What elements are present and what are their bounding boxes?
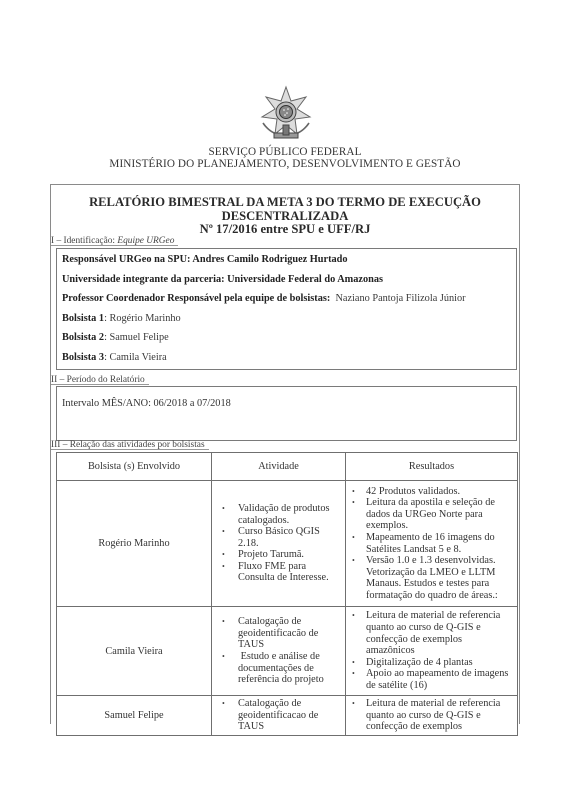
activity-cell: Catalogação de geoidentificacão de TAUS …: [212, 607, 346, 696]
results-list: Leitura de material de referencia quanto…: [346, 698, 513, 733]
header-ministry-name: MINISTÉRIO DO PLANEJAMENTO, DESENVOLVIME…: [0, 158, 570, 170]
scholar-2-value: : Samuel Felipe: [104, 332, 169, 343]
scholar-3: Bolsista 3: Camila Vieira: [62, 351, 516, 371]
scholar-name: Samuel Felipe: [57, 696, 212, 736]
section-period-label: II – Período do Relatório: [51, 375, 145, 385]
list-item: 42 Produtos validados.: [346, 486, 513, 498]
column-header-scholar: Bolsista (s) Envolvido: [57, 453, 212, 481]
coordinator: Professor Coordenador Responsável pela e…: [62, 292, 516, 312]
partner-university: Universidade integrante da parceria: Uni…: [62, 273, 516, 293]
period-box: Intervalo MÊS/ANO: 06/2018 a 07/2018: [56, 386, 517, 441]
section-activities-label: III – Relação das atividades por bolsist…: [51, 440, 205, 450]
section-identification-label: I – Identificação: Equipe URGeo: [51, 236, 174, 246]
title-line-2: DESCENTRALIZADA: [50, 210, 520, 224]
responsible-spu-label: Responsável URGeo na SPU: Andres Camilo …: [62, 254, 348, 265]
activities-table: Bolsista (s) Envolvido Atividade Resulta…: [56, 452, 518, 736]
title-line-3: Nº 17/2016 entre SPU e UFF/RJ: [50, 223, 520, 237]
activity-list: Validação de produtos catalogados. Curso…: [212, 503, 341, 584]
table-row: Samuel Felipe Catalogação de geoidentifi…: [57, 696, 518, 736]
list-item: Fluxo FME para Consulta de Interesse.: [212, 561, 341, 584]
list-item: Leitura de material de referencia quanto…: [346, 698, 513, 733]
coordinator-value: Naziano Pantoja Filizola Júnior: [330, 293, 465, 304]
results-list: 42 Produtos validados. Leitura da aposti…: [346, 486, 513, 602]
title-line-1: RELATÓRIO BIMESTRAL DA META 3 DO TERMO D…: [50, 196, 520, 210]
scholar-3-label: Bolsista 3: [62, 352, 104, 363]
table-row: Rogério Marinho Validação de produtos ca…: [57, 481, 518, 607]
column-header-results: Resultados: [346, 453, 518, 481]
list-item: Apoio ao mapeamento de imagens de satéli…: [346, 668, 513, 691]
scholar-2: Bolsista 2: Samuel Felipe: [62, 331, 516, 351]
results-cell: Leitura de material de referencia quanto…: [346, 696, 518, 736]
list-item: Validação de produtos catalogados.: [212, 503, 341, 526]
scholar-3-value: : Camila Vieira: [104, 352, 167, 363]
scholar-1-label: Bolsista 1: [62, 313, 104, 324]
brazil-coat-of-arms-icon: [255, 83, 317, 145]
scholar-1-value: : Rogério Marinho: [104, 313, 181, 324]
coordinator-label: Professor Coordenador Responsável pela e…: [62, 293, 330, 304]
scholar-name: Rogério Marinho: [57, 481, 212, 607]
list-item: Curso Básico QGIS 2.18.: [212, 526, 341, 549]
list-item: Versão 1.0 e 1.3 desenvolvidas. Vetoriza…: [346, 555, 513, 601]
results-list: Leitura de material de referencia quanto…: [346, 610, 513, 691]
scholar-1: Bolsista 1: Rogério Marinho: [62, 312, 516, 332]
scholar-name: Camila Vieira: [57, 607, 212, 696]
period-interval: Intervalo MÊS/ANO: 06/2018 a 07/2018: [62, 398, 231, 409]
identification-box: Responsável URGeo na SPU: Andres Camilo …: [56, 248, 517, 370]
list-item: Digitalização de 4 plantas: [346, 657, 513, 669]
activity-list: Catalogação de geoidentificacão de TAUS …: [212, 616, 341, 686]
list-item: Catalogação de geoidentificacao de TAUS: [212, 698, 341, 733]
partner-university-label: Universidade integrante da parceria: Uni…: [62, 274, 383, 285]
table-row: Camila Vieira Catalogação de geoidentifi…: [57, 607, 518, 696]
responsible-spu: Responsável URGeo na SPU: Andres Camilo …: [62, 253, 516, 273]
list-item: Leitura da apostila e seleção de dados d…: [346, 497, 513, 532]
activity-list: Catalogação de geoidentificacao de TAUS: [212, 698, 341, 733]
section-identification-label-text: I – Identificação:: [51, 236, 117, 246]
section-identification-team: Equipe URGeo: [117, 236, 174, 246]
list-item: Estudo e análise de documentações de ref…: [212, 651, 341, 686]
report-title: RELATÓRIO BIMESTRAL DA META 3 DO TERMO D…: [50, 196, 520, 237]
table-header-row: Bolsista (s) Envolvido Atividade Resulta…: [57, 453, 518, 481]
activity-cell: Catalogação de geoidentificacao de TAUS: [212, 696, 346, 736]
header-service-name: SERVIÇO PÚBLICO FEDERAL: [0, 146, 570, 158]
list-item: Projeto Tarumã.: [212, 549, 341, 561]
column-header-activity: Atividade: [212, 453, 346, 481]
results-cell: 42 Produtos validados. Leitura da aposti…: [346, 481, 518, 607]
list-item: Leitura de material de referencia quanto…: [346, 610, 513, 656]
activity-cell: Validação de produtos catalogados. Curso…: [212, 481, 346, 607]
results-cell: Leitura de material de referencia quanto…: [346, 607, 518, 696]
list-item: Mapeamento de 16 imagens do Satélites La…: [346, 532, 513, 555]
list-item: Catalogação de geoidentificacão de TAUS: [212, 616, 341, 651]
scholar-2-label: Bolsista 2: [62, 332, 104, 343]
